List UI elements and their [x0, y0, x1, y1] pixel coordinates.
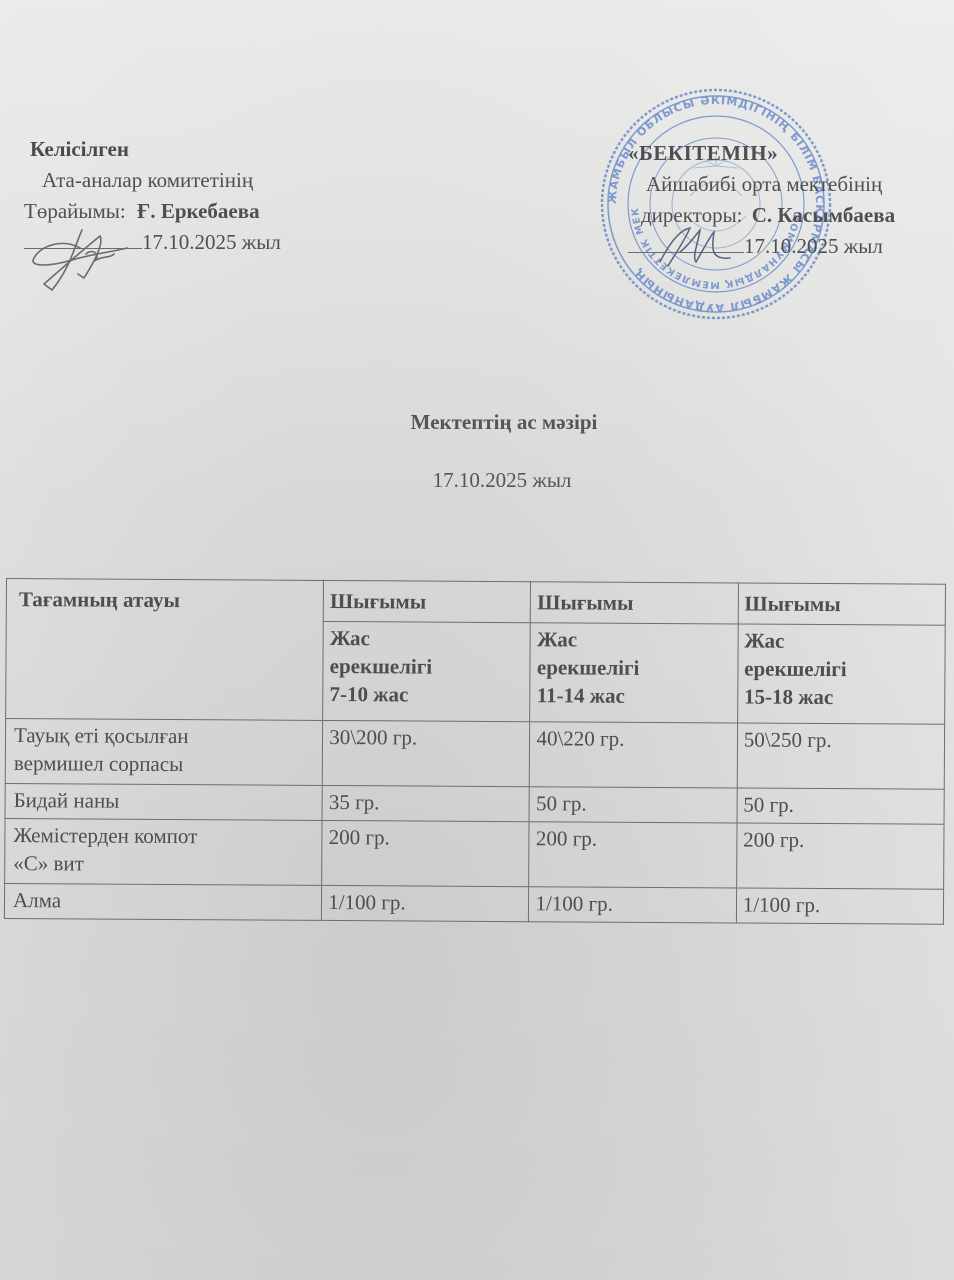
- food-name-cell: Алма: [4, 883, 321, 920]
- agreed-block: Келісілген Ата-аналар комитетінің Төрайы…: [30, 134, 281, 258]
- table-row: Алма 1/100 гр. 1/100 гр. 1/100 гр.: [4, 883, 943, 924]
- table-row: Бидай наны 35 гр. 50 гр. 50 гр.: [5, 783, 944, 824]
- left-date-line: 17.10.2025 жыл: [30, 227, 281, 258]
- portion-cell: 30\200 гр.: [322, 720, 530, 786]
- portion-cell: 35 гр.: [322, 785, 529, 821]
- director-name: С. Касымбаева: [752, 203, 895, 227]
- chair-prefix: Төрайымы:: [24, 199, 126, 223]
- portion-cell: 1/100 гр.: [322, 885, 529, 921]
- portion-cell: 200 гр.: [736, 823, 944, 889]
- approval-block: «БЕКІТЕМІН» Айшабибі орта мектебінің дир…: [628, 138, 895, 262]
- portion-cell: 1/100 гр.: [529, 887, 736, 923]
- portion-cell: 200 гр.: [322, 820, 530, 886]
- chair-line: Төрайымы: Ғ. Еркебаева: [24, 196, 281, 227]
- chair-name: Ғ. Еркебаева: [137, 199, 260, 223]
- header-age-15-18: Жас ерекшелігі 15-18 жас: [737, 624, 945, 724]
- header-output-2: Шығымы: [531, 582, 738, 624]
- food-name-cell: Жемістерден компот «С» вит: [5, 818, 323, 885]
- header-age-7-10: Жас ерекшелігі 7-10 жас: [323, 621, 531, 721]
- portion-cell: 1/100 гр.: [736, 888, 943, 924]
- header-output-1: Шығымы: [323, 580, 530, 622]
- agreed-label: Келісілген: [30, 134, 281, 165]
- right-date: 17.10.2025 жыл: [744, 234, 883, 258]
- right-date-line: 17.10.2025 жыл: [628, 231, 895, 262]
- portion-cell: 200 гр.: [529, 822, 737, 888]
- portion-cell: 40\220 гр.: [530, 722, 738, 788]
- table-row: Жемістерден компот «С» вит 200 гр. 200 г…: [5, 818, 944, 889]
- portion-cell: 50 гр.: [529, 787, 736, 823]
- header-output-3: Шығымы: [738, 583, 946, 625]
- table-header-row: Тағамның атауы Шығымы Шығымы Шығымы: [6, 579, 945, 626]
- header-food-name: Тағамның атауы: [6, 579, 324, 721]
- menu-date: 17.10.2025 жыл: [0, 468, 954, 493]
- table-row: Тауық еті қосылған вермишел сорпасы 30\2…: [5, 719, 944, 790]
- portion-cell: 50\250 гр.: [737, 723, 945, 789]
- director-line: директоры: С. Касымбаева: [628, 200, 895, 231]
- director-prefix: директоры:: [641, 203, 743, 227]
- food-name-cell: Тауық еті қосылған вермишел сорпасы: [5, 719, 323, 786]
- committee-label: Ата-аналар комитетінің: [30, 165, 281, 196]
- header-age-11-14: Жас ерекшелігі 11-14 жас: [530, 623, 738, 723]
- approve-label: «БЕКІТЕМІН»: [628, 138, 895, 169]
- food-name-cell: Бидай наны: [5, 783, 322, 820]
- left-date: 17.10.2025 жыл: [142, 230, 281, 254]
- page-title: Мектептің ас мәзірі: [0, 410, 954, 435]
- signature-line: [24, 228, 142, 249]
- school-label: Айшабибі орта мектебінің: [628, 169, 895, 200]
- portion-cell: 50 гр.: [737, 788, 944, 824]
- director-signature-line: [628, 232, 744, 253]
- menu-table: Тағамның атауы Шығымы Шығымы Шығымы Жас …: [4, 578, 946, 925]
